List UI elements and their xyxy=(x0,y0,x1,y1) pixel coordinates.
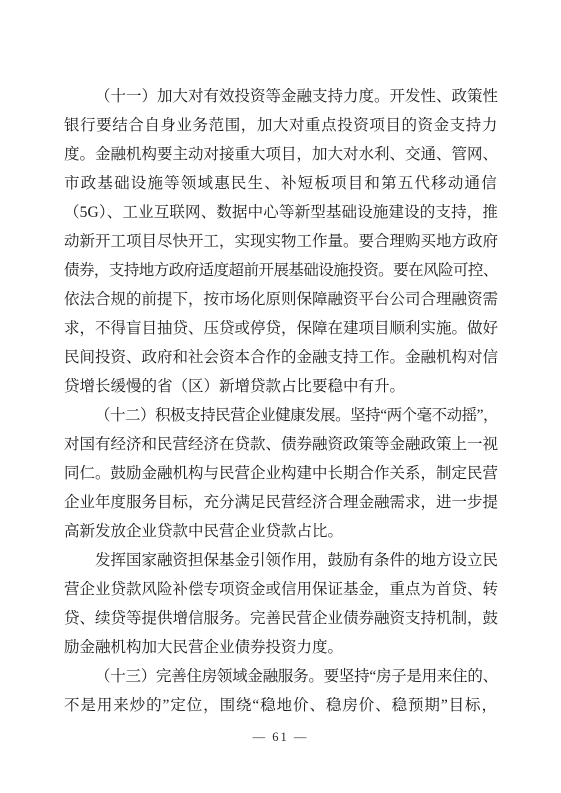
page-number: — 61 — xyxy=(0,730,561,745)
text-line: （十一）加大对有效投资等金融支持力度。开发性、政策性 xyxy=(64,82,498,111)
text-line-content: 营企业贷款风险补偿专项资金或信用保证基金，重点为首贷、转 xyxy=(64,581,498,598)
text-line-content: 对国有经济和民营经济在贷款、债券融资政策等金融政策上一视 xyxy=(64,436,498,453)
text-line: 银行要结合自身业务范围，加大对重点投资项目的资金支持力 xyxy=(64,111,498,140)
text-line: （十三）完善住房领域金融服务。要坚持“房子是用来住的、 xyxy=(64,662,498,691)
text-line: 励金融机构加大民营企业债券投资力度。 xyxy=(64,633,498,662)
text-line: 企业年度服务目标，充分满足民营经济合理金融需求，进一步提 xyxy=(64,488,498,517)
text-line: （5G）、工业互联网、数据中心等新型基础设施建设的支持，推 xyxy=(64,198,498,227)
text-line: （十二）积极支持民营企业健康发展。坚持“两个毫不动摇”， xyxy=(64,401,498,430)
text-line-content: 贷增长缓慢的省（区）新增贷款占比要稳中有升。 xyxy=(64,378,405,395)
text-line-content: 债券，支持地方政府适度超前开展基础设施投资。要在风险可控、 xyxy=(64,262,498,279)
text-line: 贷、续贷等提供增信服务。完善民营企业债券融资支持机制，鼓 xyxy=(64,604,498,633)
text-line: 对国有经济和民营经济在贷款、债券融资政策等金融政策上一视 xyxy=(64,430,498,459)
text-line-content: （十二）积极支持民营企业健康发展。坚持“两个毫不动摇”， xyxy=(95,407,498,424)
text-line-content: 企业年度服务目标，充分满足民营经济合理金融需求，进一步提 xyxy=(64,494,498,511)
text-line: 度。金融机构要主动对接重大项目，加大对水利、交通、管网、 xyxy=(64,140,498,169)
text-line-content: 依法合规的前提下，按市场化原则保障融资平台公司合理融资需 xyxy=(64,291,498,308)
text-line-content: 度。金融机构要主动对接重大项目，加大对水利、交通、管网、 xyxy=(64,146,498,163)
text-line: 同仁。鼓励金融机构与民营企业构建中长期合作关系，制定民营 xyxy=(64,459,498,488)
text-line: 市政基础设施等领域惠民生、补短板项目和第五代移动通信 xyxy=(64,169,498,198)
text-line: 高新发放企业贷款中民营企业贷款占比。 xyxy=(64,517,498,546)
document-page: （十一）加大对有效投资等金融支持力度。开发性、政策性银行要结合自身业务范围，加大… xyxy=(0,0,561,793)
text-line: 不是用来炒的”定位，围绕“稳地价、稳房价、稳预期”目标， xyxy=(64,691,498,720)
text-line: 营企业贷款风险补偿专项资金或信用保证基金，重点为首贷、转 xyxy=(64,575,498,604)
text-line-content: （十一）加大对有效投资等金融支持力度。开发性、政策性 xyxy=(95,88,498,105)
text-line-content: （十三）完善住房领域金融服务。要坚持“房子是用来住的、 xyxy=(95,668,498,685)
text-line-content: 民间投资、政府和社会资本合作的金融支持工作。金融机构对信 xyxy=(64,349,498,366)
text-line-content: 励金融机构加大民营企业债券投资力度。 xyxy=(64,639,343,656)
text-line-content: 高新发放企业贷款中民营企业贷款占比。 xyxy=(64,523,343,540)
text-line-content: 银行要结合自身业务范围，加大对重点投资项目的资金支持力 xyxy=(64,117,498,134)
text-line: 动新开工项目尽快开工，实现实物工作量。要合理购买地方政府 xyxy=(64,227,498,256)
text-line-content: 动新开工项目尽快开工，实现实物工作量。要合理购买地方政府 xyxy=(64,233,498,250)
text-line-content: 求，不得盲目抽贷、压贷或停贷，保障在建项目顺利实施。做好 xyxy=(64,320,498,337)
text-line-content: 发挥国家融资担保基金引领作用，鼓励有条件的地方设立民 xyxy=(95,552,498,569)
document-text: （十一）加大对有效投资等金融支持力度。开发性、政策性银行要结合自身业务范围，加大… xyxy=(64,82,498,720)
text-line: 发挥国家融资担保基金引领作用，鼓励有条件的地方设立民 xyxy=(64,546,498,575)
text-line-content: （5G）、工业互联网、数据中心等新型基础设施建设的支持，推 xyxy=(64,204,498,221)
text-line: 债券，支持地方政府适度超前开展基础设施投资。要在风险可控、 xyxy=(64,256,498,285)
text-line-content: 不是用来炒的”定位，围绕“稳地价、稳房价、稳预期”目标， xyxy=(64,697,498,714)
text-line-content: 市政基础设施等领域惠民生、补短板项目和第五代移动通信 xyxy=(64,175,498,192)
text-line: 贷增长缓慢的省（区）新增贷款占比要稳中有升。 xyxy=(64,372,498,401)
text-line: 求，不得盲目抽贷、压贷或停贷，保障在建项目顺利实施。做好 xyxy=(64,314,498,343)
text-line-content: 同仁。鼓励金融机构与民营企业构建中长期合作关系，制定民营 xyxy=(64,465,498,482)
text-line: 依法合规的前提下，按市场化原则保障融资平台公司合理融资需 xyxy=(64,285,498,314)
text-line-content: 贷、续贷等提供增信服务。完善民营企业债券融资支持机制，鼓 xyxy=(64,610,498,627)
text-line: 民间投资、政府和社会资本合作的金融支持工作。金融机构对信 xyxy=(64,343,498,372)
